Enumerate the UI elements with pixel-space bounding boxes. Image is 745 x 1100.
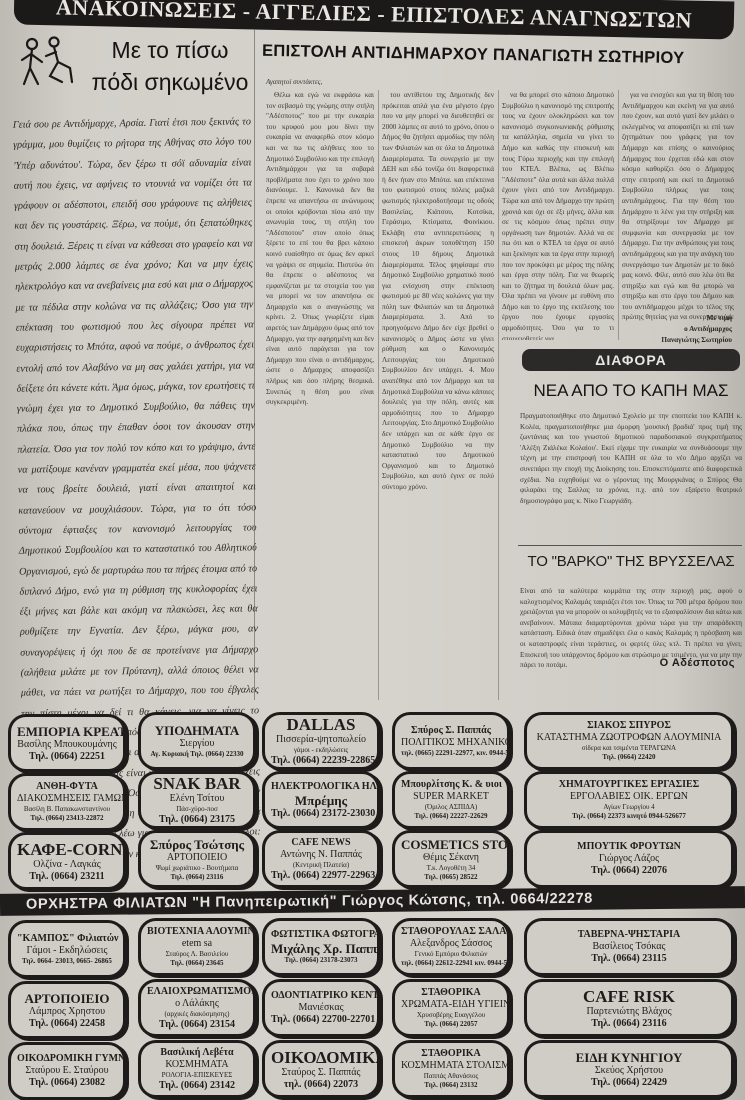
classified-ad: ΟΔΟΝΤΙΑΤΡΙΚΟ ΚΕΝΤΡΟΜανιέσκαςΤηλ. (0664) … — [262, 979, 380, 1037]
letter-column-1: Θέλω και εγώ να εκφράσω και τον σεβασμό … — [266, 90, 374, 700]
ad-phone: Τηλ. (0664) 23116 — [533, 1018, 725, 1030]
ad-subheading: Σκεύος Χρήστου — [533, 1065, 725, 1077]
ad-subheading: ΚΑΤΑΣΤΗΜΑ ΖΩΟΤΡΟΦΩΝ ΑΛΟΥΜΙΝΙΑ — [533, 732, 725, 744]
ad-phone: Τηλ. (0664) 22239-22865 — [271, 755, 371, 767]
ad-subheading: SUPER MARKET — [401, 791, 501, 803]
article-header: Με το πίσω πόδι σηκωμένο — [10, 30, 254, 102]
classified-ad: CAFE RISKΠαρτενιώτης ΒλάχοςΤηλ. (0664) 2… — [524, 979, 734, 1037]
ad-subheading: ΚΟΣΜΗΜΑΤΑ — [147, 1059, 247, 1071]
ad-subheading: ΠΟΛΙΤΙΚΟΣ ΜΗΧΑΝΙΚΟΣ — [401, 737, 501, 749]
classified-ad: Βασιλική ΛεβέταΚΟΣΜΗΜΑΤΑΡΟΛΟΓΙΑ-ΕΠΙΣΚΕΥΕ… — [138, 1040, 256, 1098]
ad-phone: Τηλ. (0664) 22076 — [533, 865, 725, 877]
classified-ad: ΧΗΜΑΤΟΥΡΓΙΚΕΣ ΕΡΓΑΣΙΕΣΕΡΓΟΛΑΒΙΕΣ ΟΙΚ. ΕΡ… — [524, 771, 734, 829]
ad-phone: Τηλ. (0664) 23178-23073 — [271, 956, 371, 965]
column-divider — [378, 90, 379, 700]
ad-heading: CAFE NEWS — [271, 837, 371, 849]
classified-ad: Σπύρος ΤσώτσηςΑΡΤΟΠΟΙΕΙΟΨωμί χωριάτικο -… — [138, 830, 256, 888]
ad-heading: ΟΙΚΟΔΟΜΙΚΑ — [271, 1048, 371, 1067]
article-title: Με το πίσω πόδι σηκωμένο — [80, 34, 260, 98]
ad-heading: ΤΑΒΕΡΝΑ-ΨΗΣΤΑΡΙΑ — [533, 929, 725, 941]
ad-subheading: ΔΙΑΚΟΣΜΗΣΕΙΣ ΓΑΜΩΝ — [17, 793, 117, 805]
ad-phone: Τηλ. (0664) 22420 — [533, 753, 725, 762]
left-column-article: Με το πίσω πόδι σηκωμένο Γειά σου ρε Αντ… — [10, 30, 255, 700]
ad-phone: Τηλ. (0664) 23175 — [147, 814, 247, 826]
ad-subheading: Αλεξανδρος Σάσσος — [401, 938, 501, 950]
letter-column-text: Θέλω και εγώ να εκφράσω και τον σεβασμό … — [266, 90, 374, 408]
ad-heading: Σπύρος Τσώτσης — [147, 837, 247, 852]
classified-ad: ΣΤΑΘΟΡΙΚΑΧΡΩΜΑΤΑ-ΕΙΔΗ ΥΓΙΕΙΝΗΣΧρυσοβέρης… — [392, 979, 510, 1037]
ad-detail: (Κεντρική Πλατεία) — [271, 861, 371, 870]
column-divider — [498, 90, 499, 700]
ad-subheading: Γιώργος Λάζος — [533, 853, 725, 865]
ad-heading: ΥΠΟΔΗΜΑΤΑ — [147, 723, 247, 738]
ad-phone: τηλ. (0664) 22073 — [271, 1079, 371, 1091]
classified-ad: ΒΙΟΤΕΧΝΙΑ ΑΛΟΥΜΙΝΙΟΥetem saΣταύρος Λ. Βα… — [138, 918, 256, 976]
classified-ad: ΣΤΑΘΟΡΙΚΑΚΟΣΜΗΜΑΤΑ ΣΤΟΛΙΣΜΟΥΠαππάς Αθανά… — [392, 1040, 510, 1098]
classified-ad: CAFE NEWSΑντώνης Ν. Παππάς(Κεντρική Πλατ… — [262, 830, 380, 888]
ad-subheading: Βασίλης Μπουκουμάνης — [17, 739, 117, 751]
ad-phone: Τηλ. (0664) 23413-22872 — [17, 814, 117, 823]
ad-phone: τηλ. (0664) 22612-22941 κιν. 0944-526677 — [401, 959, 501, 968]
classified-ad: ΜΠΟΥΤΙΚ ΦΡΟΥΤΩΝΓιώργος ΛάζοςΤηλ. (0664) … — [524, 830, 734, 888]
title-line-2: πόδι σηκωμένο — [80, 66, 260, 98]
barko-body: Είναι από τα καλύτερα κομμάτια της στην … — [520, 586, 742, 671]
classified-ad: ΣΤΑΘΟΡΟΥΛΑΣ ΣΑΛΑΤΕΣΑλεξανδρος ΣάσσοςΓενι… — [392, 918, 510, 976]
classified-ad: ΚΑΦΕ-CORNERΟλζίνα - ΛαγκάςΤηλ. (0664) 23… — [8, 832, 126, 890]
ad-heading: ΗΛΕΚΤΡΟΛΟΓΙΚΑ ΗΛΕΚΤΡΟΝΙΚΑ — [271, 781, 371, 793]
ad-heading: SNAK BAR — [147, 774, 247, 793]
ad-detail: Γενικό Εμπόριο Φιλιατών — [401, 950, 501, 959]
ad-heading: ΒΙΟΤΕΧΝΙΑ ΑΛΟΥΜΙΝΙΟΥ — [147, 926, 247, 938]
ad-phone: Τηλ. (0664) 23115 — [533, 953, 725, 965]
letter-column-text: να θα μπορεί στο κάποιο Δημοτικό Συμβούλ… — [502, 90, 614, 340]
ad-subheading: Σταύρος Σ. Παππάς — [271, 1067, 371, 1079]
ad-phone: Τηλ. (0664) 23142 — [147, 1080, 247, 1092]
ad-detail: σίδερα και τσιμέντα ΤΕΡΑΓΩΝΑ — [533, 744, 725, 753]
letter-column-4: για να ενισχύει και για τη θέση του Αντι… — [622, 90, 734, 322]
letter-column-3: να θα μπορεί στο κάποιο Δημοτικό Συμβούλ… — [502, 90, 614, 340]
ad-heading: DALLAS — [271, 715, 371, 734]
ad-heading: Βασιλική Λεβέτα — [147, 1047, 247, 1059]
ad-subheading: Πισσερία-ψητοπωλείο — [271, 734, 371, 746]
ad-detail: Χρυσοβέρης Ευαγγέλου — [401, 1011, 501, 1020]
classified-ad: ΕΜΠΟΡΙΑ ΚΡΕΑΤΩΝΒασίλης ΜπουκουμάνηςΤηλ. … — [8, 714, 126, 772]
classified-ad: ΕΛΑΙΟΧΡΩΜΑΤΙΣΜΟΙο Λάλάκης(αρχικές διακόσ… — [138, 979, 256, 1037]
ad-heading: ΧΗΜΑΤΟΥΡΓΙΚΕΣ ΕΡΓΑΣΙΕΣ — [533, 779, 725, 791]
ad-heading: ΕΜΠΟΡΙΑ ΚΡΕΑΤΩΝ — [17, 724, 117, 739]
ad-phone: Τηλ. (0664) 22977-22963 — [271, 870, 371, 882]
ad-phone: Τηλ. (0664) 23211 — [17, 871, 117, 883]
ad-heading: ΚΑΦΕ-CORNER — [17, 840, 117, 859]
ad-heading: ΕΛΑΙΟΧΡΩΜΑΤΙΣΜΟΙ — [147, 986, 247, 998]
ad-phone: τηλ. (0665) 22291-22977, κιν. 0944-52843… — [401, 749, 501, 758]
diafora-section-label: ΔΙΑΦΟΡΑ — [522, 349, 740, 371]
letter-column-2: του αντίθετου της Δημοτικής δεν πρόκειτα… — [382, 90, 494, 700]
classified-ad: ΑΝΘΗ-ΦΥΤΑΔΙΑΚΟΣΜΗΣΕΙΣ ΓΑΜΩΝΒασίλη Β. Παπ… — [8, 773, 126, 831]
ad-heading: Σπύρος Σ. Παππάς — [401, 725, 501, 737]
letter-column-text: για να ενισχύει και για τη θέση του Αντι… — [622, 90, 734, 322]
ad-subheading: ο Λάλάκης — [147, 998, 247, 1010]
classified-ad: ΥΠΟΔΗΜΑΤΑΣιεργίουΑγ. Κυριακή Τηλ. (0664)… — [138, 712, 256, 770]
classified-ad: DALLASΠισσερία-ψητοπωλείογάμοι - εκδηλώσ… — [262, 712, 380, 770]
ad-phone: Τηλ. (0664) 23116 — [147, 873, 247, 882]
ad-phone: Τηλ. (0664) 22251 — [17, 751, 117, 763]
ad-detail: Παππάς Αθανάσιος — [401, 1072, 501, 1081]
ad-subheading: Θέμις Σέκανη — [401, 852, 501, 864]
letter-signature: Με τιμή ο Αντιδήμαρχος Παναγιώτης Σωτηρί… — [612, 313, 732, 346]
letter-title: ΕΠΙΣΤΟΛΗ ΑΝΤΙΔΗΜΑΡΧΟΥ ΠΑΝΑΓΙΩΤΗ ΣΩΤΗΡΙΟΥ — [262, 42, 742, 69]
ad-phone: Τηλ. (0664) 22429 — [533, 1077, 725, 1089]
ad-heading: ΦΩΤΙΣΤΙΚΑ ΦΩΤΟΓΡΑΦΕΙΟ — [271, 929, 371, 941]
orchestra-ad-bar: ΟΡΧΗΣΤΡΑ ΦΙΛΙΑΤΩΝ "Η Πανηπειρωτική" Γιώρ… — [0, 886, 745, 916]
ad-heading: ΑΝΘΗ-ΦΥΤΑ — [17, 781, 117, 793]
ad-heading: ΕΙΔΗ ΚΥΝΗΓΙΟΥ — [533, 1050, 725, 1065]
classified-ad: "ΚΑΜΠΟΣ" ΦιλιατώνΓάμοι - ΕκδηλώσειςΤηλ. … — [8, 920, 126, 978]
kapi-news-title: ΝΕΑ ΑΠΟ ΤΟ ΚΑΠΗ ΜΑΣ — [520, 381, 742, 401]
classified-ad: ΟΙΚΟΔΡΟΜΙΚΗ ΓΥΜΝΑΣΤΙΚΑΣταύρου Ε. Σταύρου… — [8, 1042, 126, 1100]
ad-detail: Ψωμί χωριάτικο - Βουτήματα — [147, 864, 247, 873]
ad-heading: ΣΤΑΘΟΡΙΚΑ — [401, 1048, 501, 1060]
ad-detail: Τ.κ. Λογοθέτη 34 — [401, 864, 501, 873]
ad-phone: Τηλ. (0664) 23154 — [147, 1019, 247, 1031]
section-divider — [518, 545, 742, 546]
ad-subheading: Ολζίνα - Λαγκάς — [17, 859, 117, 871]
classified-ad: ΟΙΚΟΔΟΜΙΚΑΣταύρος Σ. Παππάςτηλ. (0664) 2… — [262, 1040, 380, 1098]
classified-ad: ΣΙΑΚΟΣ ΣΠΥΡΟΣΚΑΤΑΣΤΗΜΑ ΖΩΟΤΡΟΦΩΝ ΑΛΟΥΜΙΝ… — [524, 712, 734, 770]
ad-phone: Τηλ. (0664) 23645 — [147, 959, 247, 968]
ad-subheading: ΑΡΤΟΠΟΙΕΙΟ — [147, 852, 247, 864]
ad-heading: ΟΔΟΝΤΙΑΤΡΙΚΟ ΚΕΝΤΡΟ — [271, 990, 371, 1002]
ad-heading: "ΚΑΜΠΟΣ" Φιλιατών — [17, 933, 117, 945]
classified-ad: ΑΡΤΟΠΟΙΕΙΟΛάμπρος ΧρηστουΤηλ. (0664) 224… — [8, 981, 126, 1039]
classified-ad: ΦΩΤΙΣΤΙΚΑ ΦΩΤΟΓΡΑΦΕΙΟΜιχάλης Χρ. ΠαππάςΤ… — [262, 918, 380, 976]
classified-ad: ΕΙΔΗ ΚΥΝΗΓΙΟΥΣκεύος ΧρήστουΤηλ. (0664) 2… — [524, 1040, 734, 1098]
ad-detail: γάμοι - εκδηλώσεις — [271, 746, 371, 755]
ad-subheading: Μιχάλης Χρ. Παππάς — [271, 941, 371, 956]
classified-ad: Μπουρλίτσης Κ. & υιοιSUPER MARKET(Όμιλος… — [392, 771, 510, 829]
ad-detail: ΡΟΛΟΓΙΑ-ΕΠΙΣΚΕΥΕΣ — [147, 1071, 247, 1080]
kapi-news-body: Πραγματοποιήθηκε στο Δημοτικό Σχολείο με… — [520, 411, 742, 506]
ad-subheading: ΕΡΓΟΛΑΒΙΕΣ ΟΙΚ. ΕΡΓΩΝ — [533, 791, 725, 803]
classified-ad: ΤΑΒΕΡΝΑ-ΨΗΣΤΑΡΙΑΒασίλειος ΤσόκαςΤηλ. (06… — [524, 918, 734, 976]
ad-phone: Τηλ. (0664) 22057 — [401, 1020, 501, 1029]
ad-subheading: Ελένη Τσίτου — [147, 793, 247, 805]
ad-subheading: ΚΟΣΜΗΜΑΤΑ ΣΤΟΛΙΣΜΟΥ — [401, 1060, 501, 1072]
ad-phone: Τηλ. (0664) 23172-23030 — [271, 808, 371, 820]
ad-heading: Μπουρλίτσης Κ. & υιοι — [401, 779, 501, 791]
ad-subheading: Σταύρου Ε. Σταύρου — [17, 1065, 117, 1077]
ad-detail: (Όμιλος ΑΣΠΙΔΑ) — [401, 803, 501, 812]
ad-phone: Αγ. Κυριακή Τηλ. (0664) 22330 — [147, 750, 247, 759]
cartoon-figures-icon — [18, 32, 76, 88]
ad-detail: Σταύρος Λ. Βασιλείου — [147, 950, 247, 959]
ad-heading: ΣΤΑΘΟΡΙΚΑ — [401, 987, 501, 999]
signature-line: Με τιμή — [612, 313, 732, 324]
ad-detail: (αρχικές διακόσμησης) — [147, 1010, 247, 1019]
ad-phone: Τηλ. (0664) 23082 — [17, 1077, 117, 1089]
ad-phone: Τηλ. (0664) 23132 — [401, 1081, 501, 1090]
ad-detail: Βασίλη Β. Παπακωνσταντίνου — [17, 805, 117, 814]
ad-heading: ΑΡΤΟΠΟΙΕΙΟ — [17, 991, 117, 1006]
ad-subheading: ΧΡΩΜΑΤΑ-ΕΙΔΗ ΥΓΙΕΙΝΗΣ — [401, 999, 501, 1011]
letter-column-text: του αντίθετου της Δημοτικής δεν πρόκειτα… — [382, 90, 494, 493]
classified-ad: ΗΛΕΚΤΡΟΛΟΓΙΚΑ ΗΛΕΚΤΡΟΝΙΚΑΜπρέμηςΤηλ. (06… — [262, 771, 380, 829]
ad-subheading: Λάμπρος Χρηστου — [17, 1006, 117, 1018]
ad-heading: ΣΙΑΚΟΣ ΣΠΥΡΟΣ — [533, 720, 725, 732]
ad-heading: ΟΙΚΟΔΡΟΜΙΚΗ ΓΥΜΝΑΣΤΙΚΑ — [17, 1053, 117, 1065]
ad-heading: ΜΠΟΥΤΙΚ ΦΡΟΥΤΩΝ — [533, 841, 725, 853]
barko-title: ΤΟ "ΒΑΡΚΟ" ΤΗΣ ΒΡΥΣΣΕΛΑΣ — [518, 553, 744, 570]
title-line-1: Με το πίσω — [80, 34, 260, 66]
ad-phone: Τηλ. 0664- 23013, 0665- 26865 — [17, 957, 117, 966]
ad-subheading: etem sa — [147, 938, 247, 950]
ad-phone: Τηλ. (0664) 22373 κινητό 0944-526677 — [533, 812, 725, 821]
signature-line: Παναγιώτης Σωτηρίου — [612, 335, 732, 346]
ad-heading: ΣΤΑΘΟΡΟΥΛΑΣ ΣΑΛΑΤΕΣ — [401, 926, 501, 938]
ad-subheading: Παρτενιώτης Βλάχος — [533, 1006, 725, 1018]
ad-detail: Αγίων Γεωργίου 4 — [533, 803, 725, 812]
ad-subheading: Σιεργίου — [147, 738, 247, 750]
ad-heading: COSMETICS STORE — [401, 837, 501, 852]
signature-line: ο Αντιδήμαρχος — [612, 324, 732, 335]
classified-ad: COSMETICS STOREΘέμις ΣέκανηΤ.κ. Λογοθέτη… — [392, 830, 510, 888]
ad-subheading: Αντώνης Ν. Παππάς — [271, 849, 371, 861]
newspaper-page: ΑΝΑΚΟΙΝΩΣΕΙΣ - ΑΓΓΕΛΙΕΣ - ΕΠΙΣΤΟΛΕΣ ΑΝΑΓ… — [0, 0, 745, 1100]
ad-subheading: Γάμοι - Εκδηλώσεις — [17, 945, 117, 957]
ad-phone: Τηλ. (0665) 28522 — [401, 873, 501, 882]
ad-detail: Πάσ-χύρο-ποσ — [147, 805, 247, 814]
ad-subheading: Μπρέμης — [271, 793, 371, 808]
ad-heading: CAFE RISK — [533, 987, 725, 1006]
classified-ad: Σπύρος Σ. ΠαππάςΠΟΛΙΤΙΚΟΣ ΜΗΧΑΝΙΚΟΣτηλ. … — [392, 712, 510, 770]
ad-phone: Τηλ. (0664) 22700-22701 — [271, 1014, 371, 1026]
classified-ad: SNAK BARΕλένη ΤσίτουΠάσ-χύρο-ποσΤηλ. (06… — [138, 771, 256, 829]
ad-phone: Τηλ. (0664) 22227-22629 — [401, 812, 501, 821]
column-divider — [618, 90, 619, 340]
ad-phone: Τηλ. (0664) 22458 — [17, 1018, 117, 1030]
ad-subheading: Βασίλειος Τσόκας — [533, 941, 725, 953]
letter-salutation: Αγαπητοί συντάκτες, — [266, 78, 322, 86]
ad-subheading: Μανιέσκας — [271, 1002, 371, 1014]
